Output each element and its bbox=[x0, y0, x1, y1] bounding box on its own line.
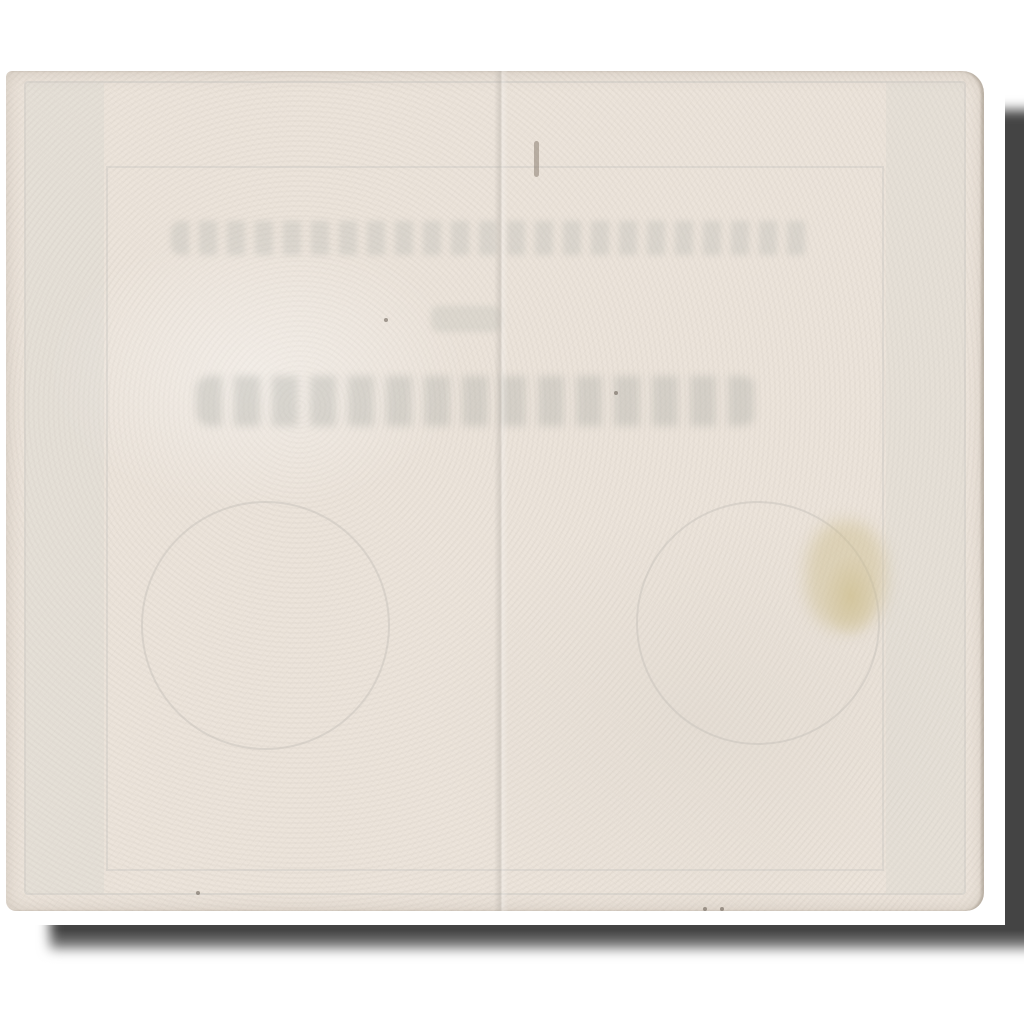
image-canvas bbox=[0, 0, 1024, 1024]
paper-speck bbox=[196, 891, 200, 895]
left-seal-medallion bbox=[141, 501, 390, 750]
show-through-subheading bbox=[431, 306, 501, 332]
fold-crease bbox=[494, 71, 508, 911]
paper-speck bbox=[384, 318, 388, 322]
ink-mark bbox=[534, 141, 539, 177]
photo-card bbox=[0, 55, 1005, 925]
show-through-denomination bbox=[196, 376, 756, 426]
show-through-heading bbox=[171, 221, 811, 255]
paper-stain bbox=[806, 521, 886, 631]
paper-speck bbox=[614, 391, 618, 395]
banknote-reverse bbox=[6, 71, 984, 911]
paper-speck bbox=[703, 907, 707, 911]
paper-speck bbox=[720, 907, 724, 911]
drop-shadow-fade bbox=[30, 930, 1024, 990]
